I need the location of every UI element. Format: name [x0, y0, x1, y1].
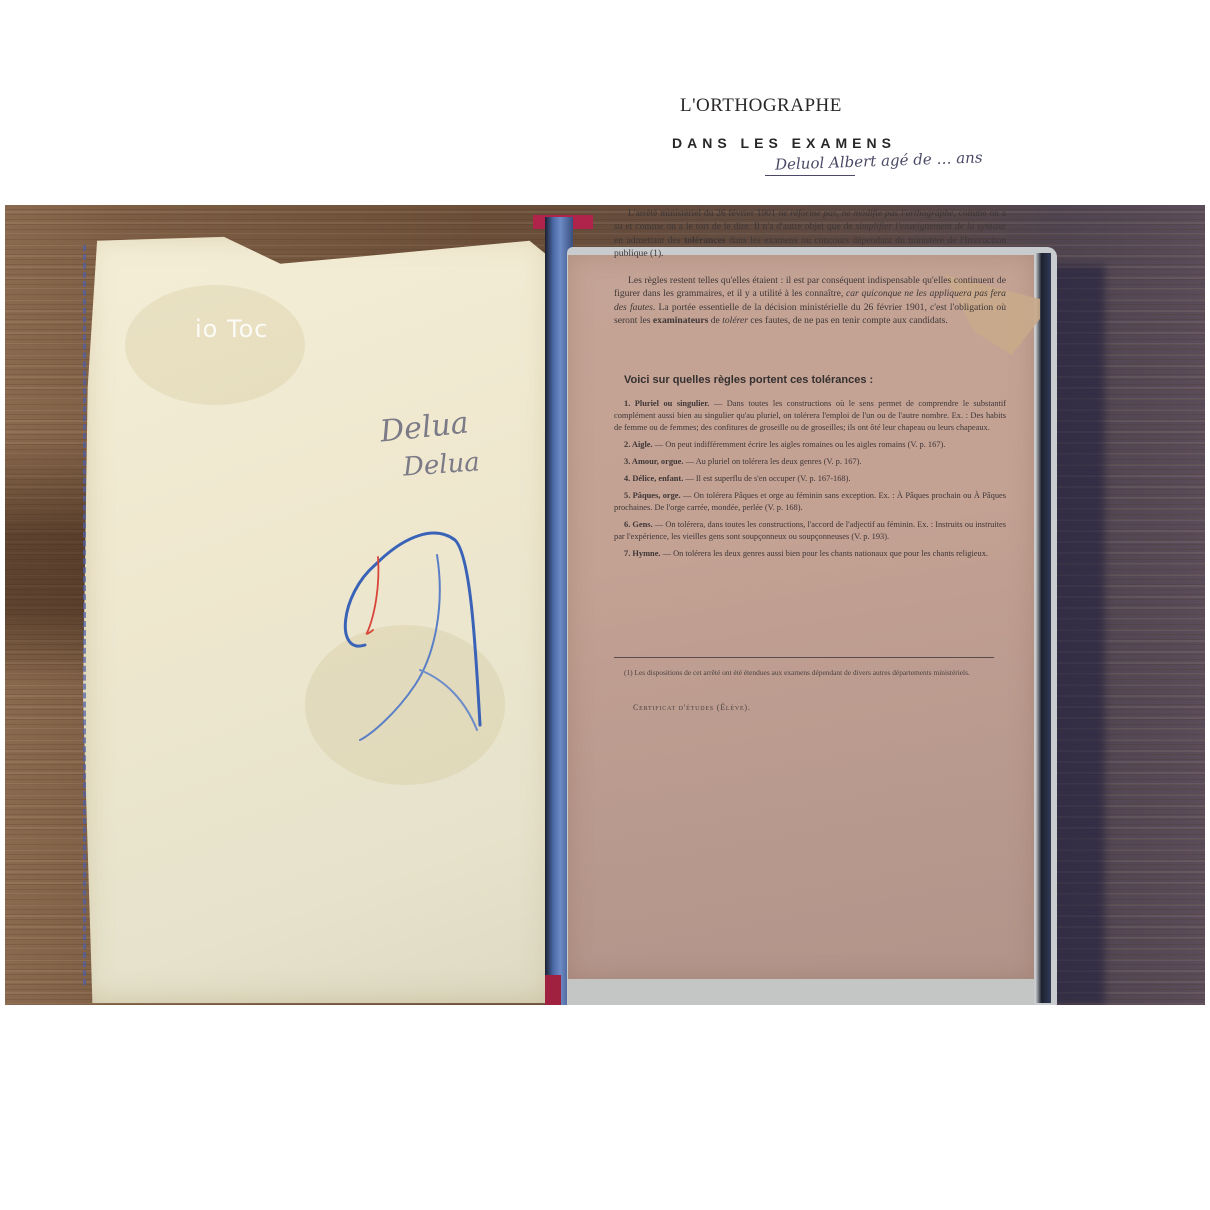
certificate-label: Certificat d'études (Élève). — [633, 703, 751, 712]
right-cover-edge — [1035, 253, 1051, 1003]
rule-item: 2. Aigle. — On peut indifféremment écrir… — [614, 439, 1006, 451]
rule-item: 7. Hymne. — On tolérera les deux genres … — [614, 548, 1006, 560]
page-bottom — [568, 979, 1034, 1005]
handwritten-name: Deluol Albert agé de … ans — [775, 148, 983, 173]
book-photo: io Toc Delua Delua — [5, 205, 1205, 1005]
crayon-number-2 — [325, 515, 505, 745]
watermark: io Toc — [195, 315, 268, 343]
pencil-note: Delua — [402, 447, 481, 482]
spine-bottom-cloth — [545, 975, 561, 1005]
rule-item: 6. Gens. — On tolérera, dans toutes les … — [614, 519, 1006, 543]
paragraph-1: L'arrêté ministériel du 26 février 1901 … — [614, 207, 1006, 261]
stain — [125, 285, 305, 405]
paragraph-2: Les règles restent telles qu'elles étaie… — [614, 274, 1006, 328]
rules-heading: Voici sur quelles règles portent ces tol… — [624, 374, 873, 386]
rule-item: 1. Pluriel ou singulier. — Dans toutes l… — [614, 398, 1006, 434]
left-page-edge — [83, 245, 91, 985]
rule-item: 4. Délice, enfant. — Il est superflu de … — [614, 473, 1006, 485]
rule-item: 3. Amour, orgue. — Au pluriel on tolérer… — [614, 456, 1006, 468]
rules-list: 1. Pluriel ou singulier. — Dans toutes l… — [614, 398, 1006, 565]
footnote-divider — [614, 657, 994, 658]
pasted-slip — [568, 255, 1034, 979]
rule-item: 5. Pâques, orge. — On tolérera Pâques et… — [614, 490, 1006, 514]
footnote: (1) Les dispositions de cet arrêté ont é… — [614, 668, 994, 678]
handwriting-underline — [765, 175, 855, 176]
slip-title: L'ORTHOGRAPHE — [680, 95, 842, 117]
slip-subtitle: DANS LES EXAMENS — [672, 135, 896, 151]
